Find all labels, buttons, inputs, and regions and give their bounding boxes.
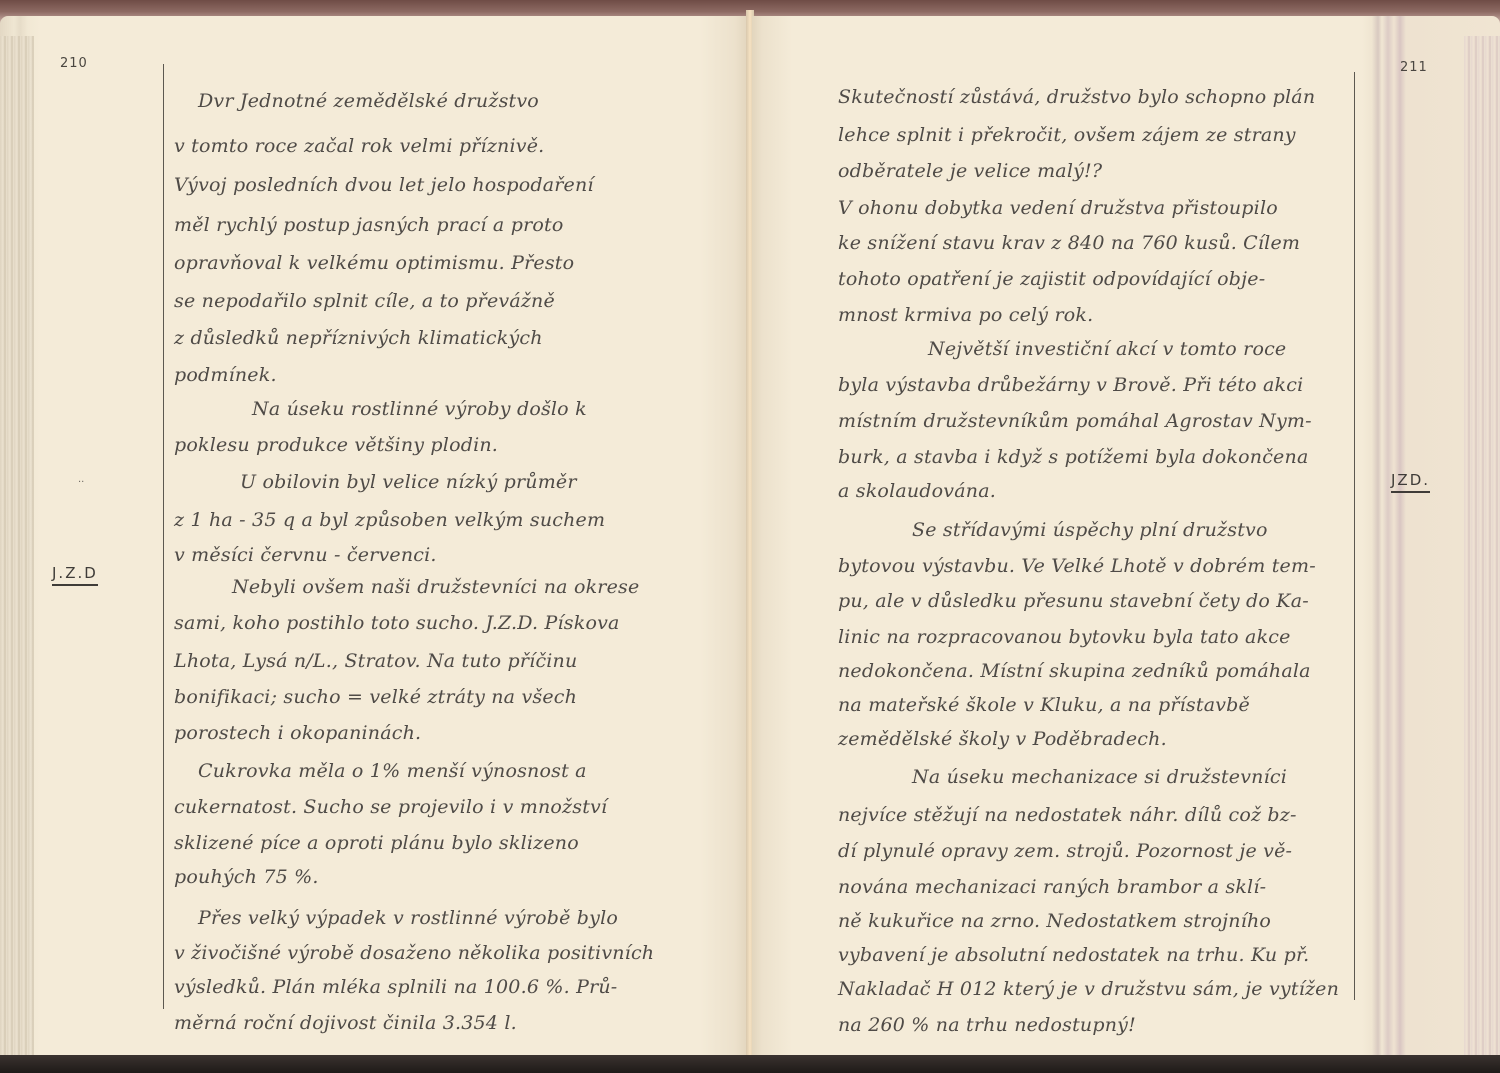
- right-line-5: ke snížení stavu krav z 840 na 760 kusů.…: [838, 234, 1300, 253]
- left-line-17: bonifikaci; sucho = velké ztráty na všec…: [174, 688, 577, 707]
- page-number-right: 211: [1400, 60, 1428, 75]
- left-line-2: v tomto roce začal rok velmi příznivě.: [174, 137, 544, 156]
- margin-note-jzd-left: J.Z.D: [52, 564, 98, 586]
- right-line-9: byla výstavba drůbežárny v Brově. Při té…: [838, 376, 1303, 395]
- right-line-16: linic na rozpracovanou bytovku byla tato…: [838, 628, 1291, 647]
- right-line-6: tohoto opatření je zajistit odpovídající…: [838, 270, 1265, 289]
- right-line-22: dí plynulé opravy zem. strojů. Pozornost…: [838, 842, 1292, 861]
- left-line-1: Dvr Jednotné zemědělské družstvo: [198, 92, 539, 111]
- right-line-27: na 260 % na trhu nedostupný!: [838, 1016, 1136, 1035]
- left-line-3: Vývoj posledních dvou let jelo hospodaře…: [174, 176, 594, 195]
- right-page: 211 JZD. Skutečností zůstává, družstvo b…: [752, 16, 1500, 1056]
- right-line-14: bytovou výstavbu. Ve Velké Lhotě v dobré…: [838, 557, 1316, 576]
- left-line-19: Cukrovka měla o 1% menší výnosnost a: [198, 762, 587, 781]
- left-line-5: opravňoval k velkému optimismu. Přesto: [174, 254, 574, 273]
- left-line-26: měrná roční dojivost činila 3.354 l.: [174, 1014, 517, 1033]
- left-line-14: Nebyli ovšem naši družstevníci na okrese: [232, 578, 639, 597]
- right-line-4: V ohonu dobytka vedení družstva přistoup…: [838, 199, 1278, 218]
- left-line-22: pouhých 75 %.: [174, 868, 319, 887]
- left-line-21: sklizené píce a oproti plánu bylo sklize…: [174, 834, 579, 853]
- margin-note-jzd-right: JZD.: [1391, 471, 1430, 493]
- right-line-7: mnost krmiva po celý rok.: [838, 306, 1093, 325]
- open-book-spread: 210 .. J.Z.D Dvr Jednotné zemědělské dru…: [0, 0, 1500, 1073]
- left-line-18: porostech i okopaninách.: [174, 724, 421, 743]
- right-line-25: vybavení je absolutní nedostatek na trhu…: [838, 946, 1309, 965]
- left-line-25: výsledků. Plán mléka splnili na 100.6 %.…: [174, 978, 617, 997]
- left-line-7: z důsledků nepříznivých klimatických: [174, 329, 543, 348]
- right-page-stack-edge: [1464, 36, 1500, 1056]
- margin-specks: ..: [78, 474, 84, 485]
- right-line-18: na mateřské škole v Kluku, a na přístavb…: [838, 696, 1250, 715]
- left-line-6: se nepodařilo splnit cíle, a to převážně: [174, 292, 555, 311]
- right-line-11: burk, a stavba i když s potížemi byla do…: [838, 448, 1308, 467]
- right-line-12: a skolaudována.: [838, 482, 996, 501]
- right-line-24: ně kukuřice na zrno. Nedostatkem strojní…: [838, 912, 1271, 931]
- left-line-13: v měsíci červnu - červenci.: [174, 546, 437, 565]
- left-page-stack-edge: [0, 36, 34, 1056]
- right-line-21: nejvíce stěžují na nedostatek náhr. dílů…: [838, 806, 1297, 825]
- left-line-12: z 1 ha - 35 q a byl způsoben velkým such…: [174, 511, 605, 530]
- right-line-26: Nakladač H 012 který je v družstvu sám, …: [838, 980, 1339, 999]
- left-margin-rule: [163, 64, 164, 1009]
- right-line-10: místním družstevníkům pomáhal Agrostav N…: [838, 412, 1312, 431]
- left-line-11: U obilovin byl velice nízký průměr: [240, 473, 577, 492]
- left-line-16: Lhota, Lysá n/L., Stratov. Na tuto příči…: [174, 652, 577, 671]
- right-line-3: odběratele je velice malý!?: [838, 162, 1102, 181]
- book-bottom-shadow: [0, 1055, 1500, 1073]
- right-line-1: Skutečností zůstává, družstvo bylo schop…: [838, 88, 1315, 107]
- right-line-23: nována mechanizaci raných brambor a sklí…: [838, 878, 1266, 897]
- left-line-15: sami, koho postihlo toto sucho. J.Z.D. P…: [174, 614, 620, 633]
- left-line-23: Přes velký výpadek v rostlinné výrobě by…: [198, 909, 618, 928]
- left-line-10: poklesu produkce většiny plodin.: [174, 436, 498, 455]
- page-number-left: 210: [60, 56, 88, 71]
- right-line-20: Na úseku mechanizace si družstevníci: [912, 768, 1287, 787]
- left-line-20: cukernatost. Sucho se projevilo i v množ…: [174, 798, 607, 817]
- left-line-4: měl rychlý postup jasných prací a proto: [174, 216, 563, 235]
- right-line-17: nedokončena. Místní skupina zedníků pomá…: [838, 662, 1311, 681]
- left-page: 210 .. J.Z.D Dvr Jednotné zemědělské dru…: [0, 16, 748, 1056]
- right-line-2: lehce splnit i překročit, ovšem zájem ze…: [838, 126, 1296, 145]
- left-line-8: podmínek.: [174, 366, 277, 385]
- right-line-15: pu, ale v důsledku přesunu stavební čety…: [838, 592, 1309, 611]
- right-line-19: zemědělské školy v Poděbradech.: [838, 730, 1167, 749]
- right-margin-rule: [1354, 72, 1355, 1000]
- right-line-13: Se střídavými úspěchy plní družstvo: [912, 521, 1268, 540]
- right-line-8: Největší investiční akcí v tomto roce: [928, 340, 1286, 359]
- left-line-9: Na úseku rostlinné výroby došlo k: [252, 400, 587, 419]
- left-line-24: v živočišné výrobě dosaženo několika pos…: [174, 944, 654, 963]
